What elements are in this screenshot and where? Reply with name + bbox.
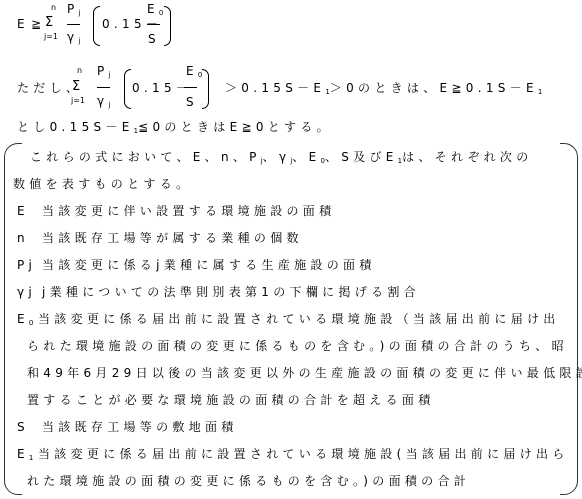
definition-symbol: E bbox=[17, 204, 29, 218]
formula1-frac2-bar bbox=[147, 24, 160, 25]
definition-text: 当該既存工場等の敷地面積 bbox=[42, 420, 238, 434]
formula1-sigma-lower: j=1 bbox=[44, 32, 58, 41]
definition-text: 当該変更に伴い設置する環境施設の面積 bbox=[42, 204, 335, 218]
formula1-frac2-den: S bbox=[148, 32, 160, 46]
formula2-frac2-num: E0 bbox=[186, 64, 202, 82]
formula2-sigma-lower: j=1 bbox=[71, 96, 85, 105]
formula1-sigma-upper: n bbox=[51, 3, 56, 12]
bracket-bottom-mask bbox=[22, 490, 560, 496]
formula1-relation: ≧ bbox=[31, 17, 45, 31]
definition-text: 当該既存工場等が属する業種の個数 bbox=[42, 231, 303, 245]
formula2-inner-const: 0.15－ bbox=[132, 81, 192, 95]
bracket-top-mask bbox=[22, 140, 560, 146]
formula1-sigma: Σ bbox=[45, 15, 53, 30]
definition-text: j業種についての法準則別表第1の下欄に掲げる割合 bbox=[42, 285, 420, 299]
definition-symbol: n bbox=[17, 231, 29, 245]
formula2-frac2-bar bbox=[184, 87, 197, 88]
formula2-sigma: Σ bbox=[72, 79, 80, 94]
definition-text-line: 当該変更に係る届出前に設置されている環境施設（当該届出前に届け出 bbox=[38, 312, 560, 326]
formula1-frac1-num: Pj bbox=[67, 2, 81, 20]
definition-text-line: 置することが必要な環境施設の面積の合計を超える面積 bbox=[27, 393, 435, 407]
definition-text: 当該変更に係るj業種に属する生産施設の面積 bbox=[42, 258, 376, 272]
definition-symbol: E0 bbox=[17, 312, 33, 330]
definition-text-line: れた環境施設の面積の変更に係るものを含む。)の面積の合計 bbox=[27, 474, 470, 488]
definition-text-line: 和49年6月29日以後の当該変更以外の生産施設の面積の変更に伴い最低限設 bbox=[27, 366, 582, 380]
definitions-intro-line1: これらの式において、E、n、Pj、γj、E0、S及びE1は、それぞれ次の bbox=[30, 150, 533, 168]
definition-symbol: γj bbox=[17, 285, 36, 299]
formula1-right-paren bbox=[164, 6, 171, 46]
formula1-frac2-num: E0 bbox=[147, 2, 163, 20]
formula2-left-paren bbox=[124, 69, 131, 109]
definition-symbol: E1 bbox=[17, 447, 33, 465]
formula2-frac2-den: S bbox=[186, 95, 198, 109]
definition-symbol: Pj bbox=[17, 258, 36, 272]
definition-text-line: られた環境施設の面積の変更に係るものを含む。)の面積の合計のうち、昭 bbox=[27, 339, 568, 353]
formula1-left-paren bbox=[93, 6, 100, 46]
formula2-sigma-upper: n bbox=[77, 66, 82, 75]
formula1-lhs: E bbox=[17, 17, 29, 31]
definitions-intro-line2: 数値を表すものとする。 bbox=[13, 177, 192, 191]
formula1-frac1-bar bbox=[67, 24, 80, 25]
formula2-frac1-num: Pj bbox=[97, 64, 111, 82]
formula2-frac1-den: γj bbox=[97, 94, 110, 112]
formula2-frac1-bar bbox=[97, 87, 110, 88]
formula2-right-paren bbox=[202, 69, 209, 109]
definition-text-line: 当該変更に係る届出前に設置されている環境施設(当該届出前に届け出ら bbox=[38, 447, 569, 461]
formula2-condition: ＞0.15S－E1＞0のときは、E≧0.1S－E1 bbox=[225, 81, 542, 99]
formula1-frac1-den: γj bbox=[67, 30, 80, 48]
condition-line: とし0.15S－E1≦0のときはE≧0とする。 bbox=[17, 120, 333, 138]
definition-symbol: S bbox=[17, 420, 29, 434]
